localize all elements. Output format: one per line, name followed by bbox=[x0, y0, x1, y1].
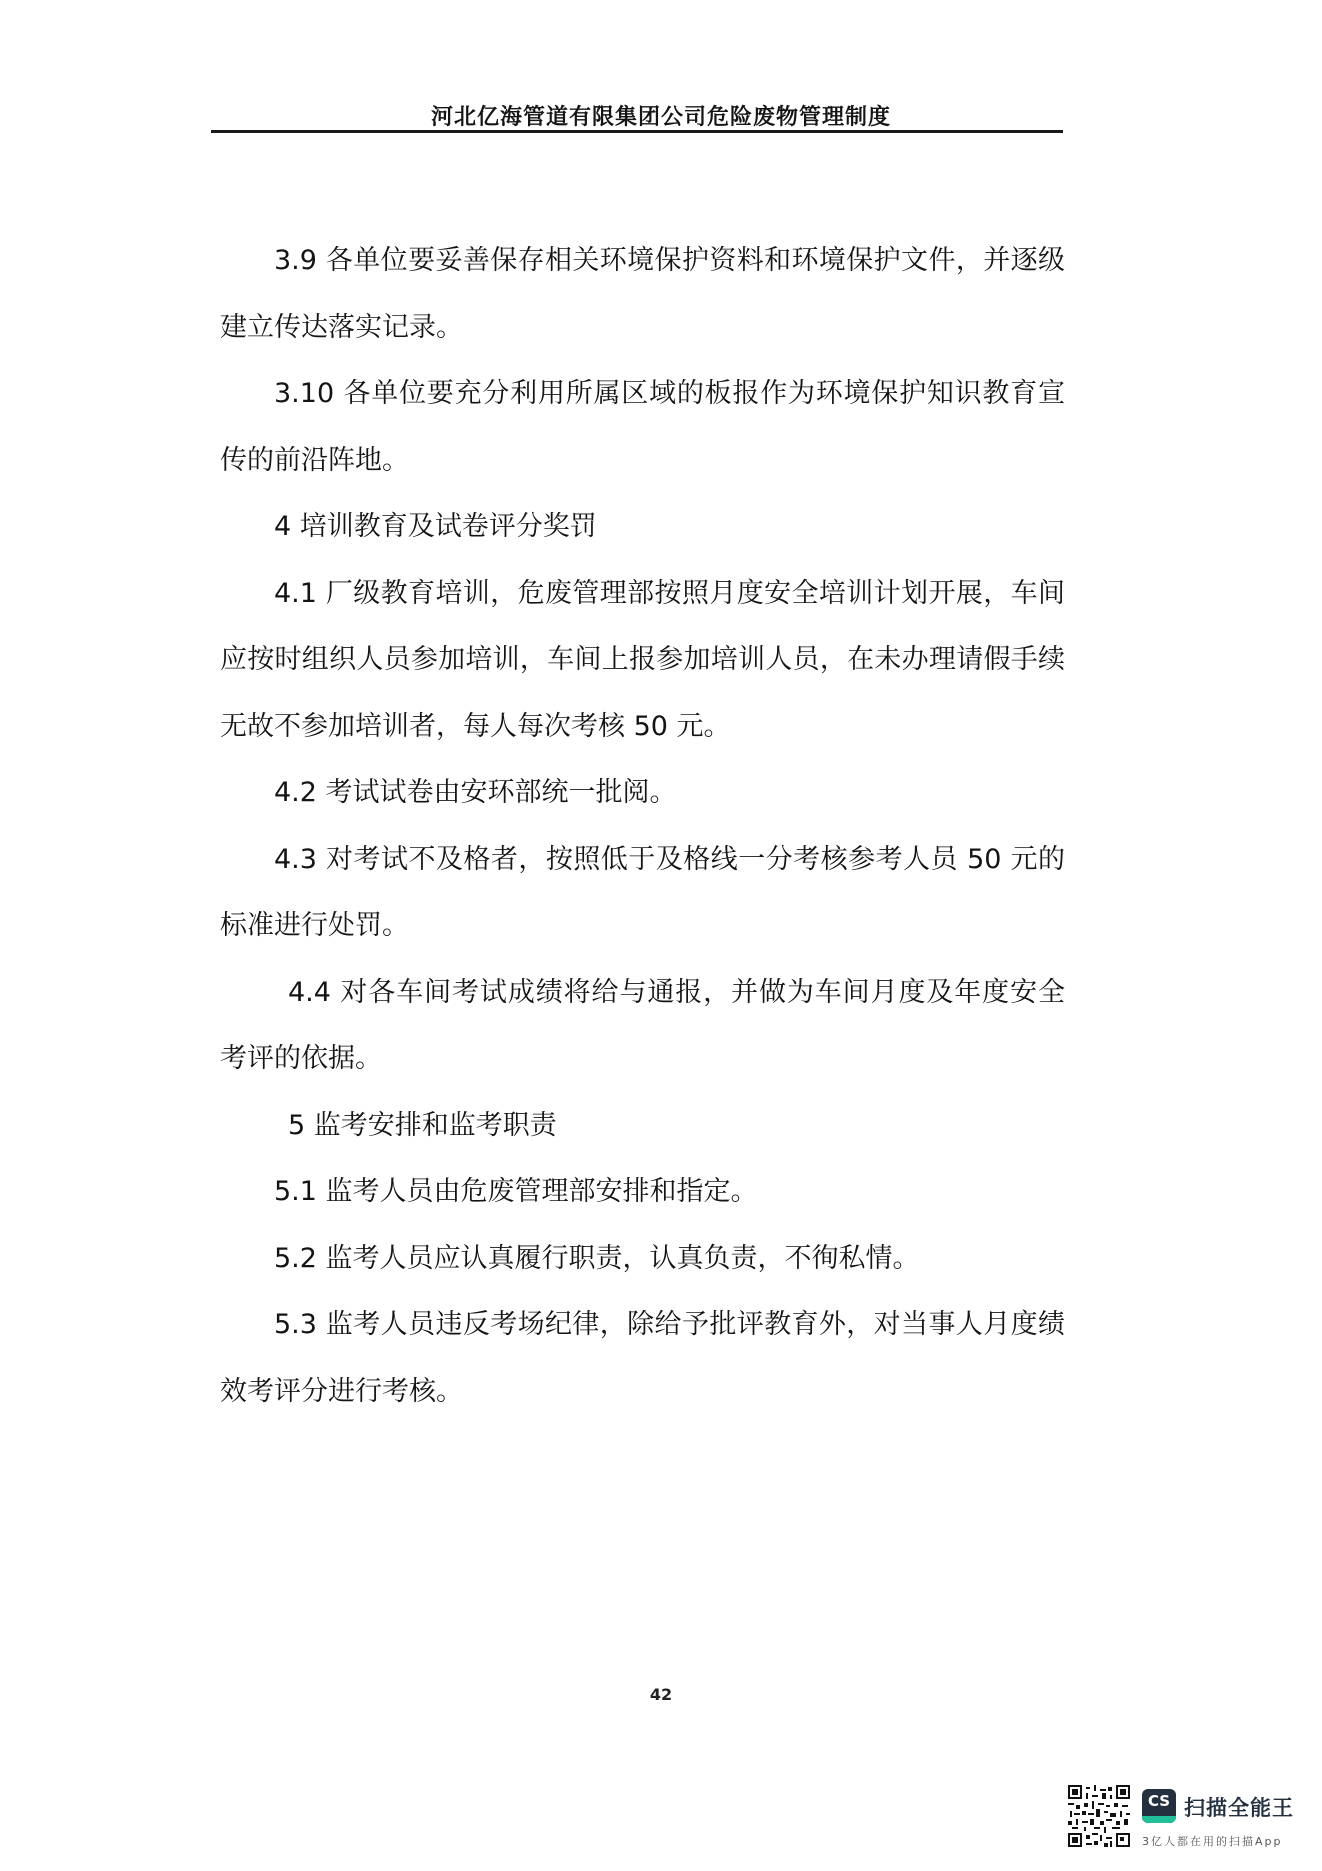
paragraph-5-2: 5.2 监考人员应认真履行职责，认真负责，不徇私情。 bbox=[220, 1226, 1065, 1293]
paragraph-4-1: 4.1 厂级教育培训，危废管理部按照月度安全培训计划开展，车间应按时组织人员参加… bbox=[220, 561, 1065, 761]
paragraph-4-4: 4.4 对各车间考试成绩将给与通报，并做为车间月度及年度安全考评的依据。 bbox=[220, 960, 1065, 1093]
paragraph-3-10: 3.10 各单位要充分利用所属区域的板报作为环境保护知识教育宣传的前沿阵地。 bbox=[220, 361, 1065, 494]
brand-name: 扫描全能王 bbox=[1184, 1792, 1294, 1822]
document-body: 3.9 各单位要妥善保存相关环境保护资料和环境保护文件，并逐级建立传达落实记录。… bbox=[220, 228, 1065, 1425]
scanner-watermark: CS 扫描全能王 3亿人都在用的扫描App bbox=[1060, 1783, 1310, 1855]
section-heading-5: 5 监考安排和监考职责 bbox=[220, 1093, 1065, 1160]
page-header-title: 河北亿海管道有限集团公司危险废物管理制度 bbox=[0, 100, 1322, 131]
paragraph-4-3: 4.3 对考试不及格者，按照低于及格线一分考核参考人员 50 元的标准进行处罚。 bbox=[220, 827, 1065, 960]
header-divider bbox=[211, 130, 1063, 133]
logo-accent-bar bbox=[1142, 1816, 1176, 1823]
section-heading-4: 4 培训教育及试卷评分奖罚 bbox=[220, 494, 1065, 561]
paragraph-4-2: 4.2 考试试卷由安环部统一批阅。 bbox=[220, 760, 1065, 827]
paragraph-5-1: 5.1 监考人员由危废管理部安排和指定。 bbox=[220, 1159, 1065, 1226]
page-number: 42 bbox=[0, 1685, 1322, 1704]
logo-text: CS bbox=[1142, 1792, 1176, 1810]
paragraph-3-9: 3.9 各单位要妥善保存相关环境保护资料和环境保护文件，并逐级建立传达落实记录。 bbox=[220, 228, 1065, 361]
qr-code-icon bbox=[1068, 1785, 1130, 1847]
paragraph-5-3: 5.3 监考人员违反考场纪律，除给予批评教育外，对当事人月度绩效考评分进行考核。 bbox=[220, 1292, 1065, 1425]
brand-tagline: 3亿人都在用的扫描App bbox=[1142, 1833, 1283, 1849]
camscanner-logo-icon: CS bbox=[1142, 1789, 1176, 1823]
